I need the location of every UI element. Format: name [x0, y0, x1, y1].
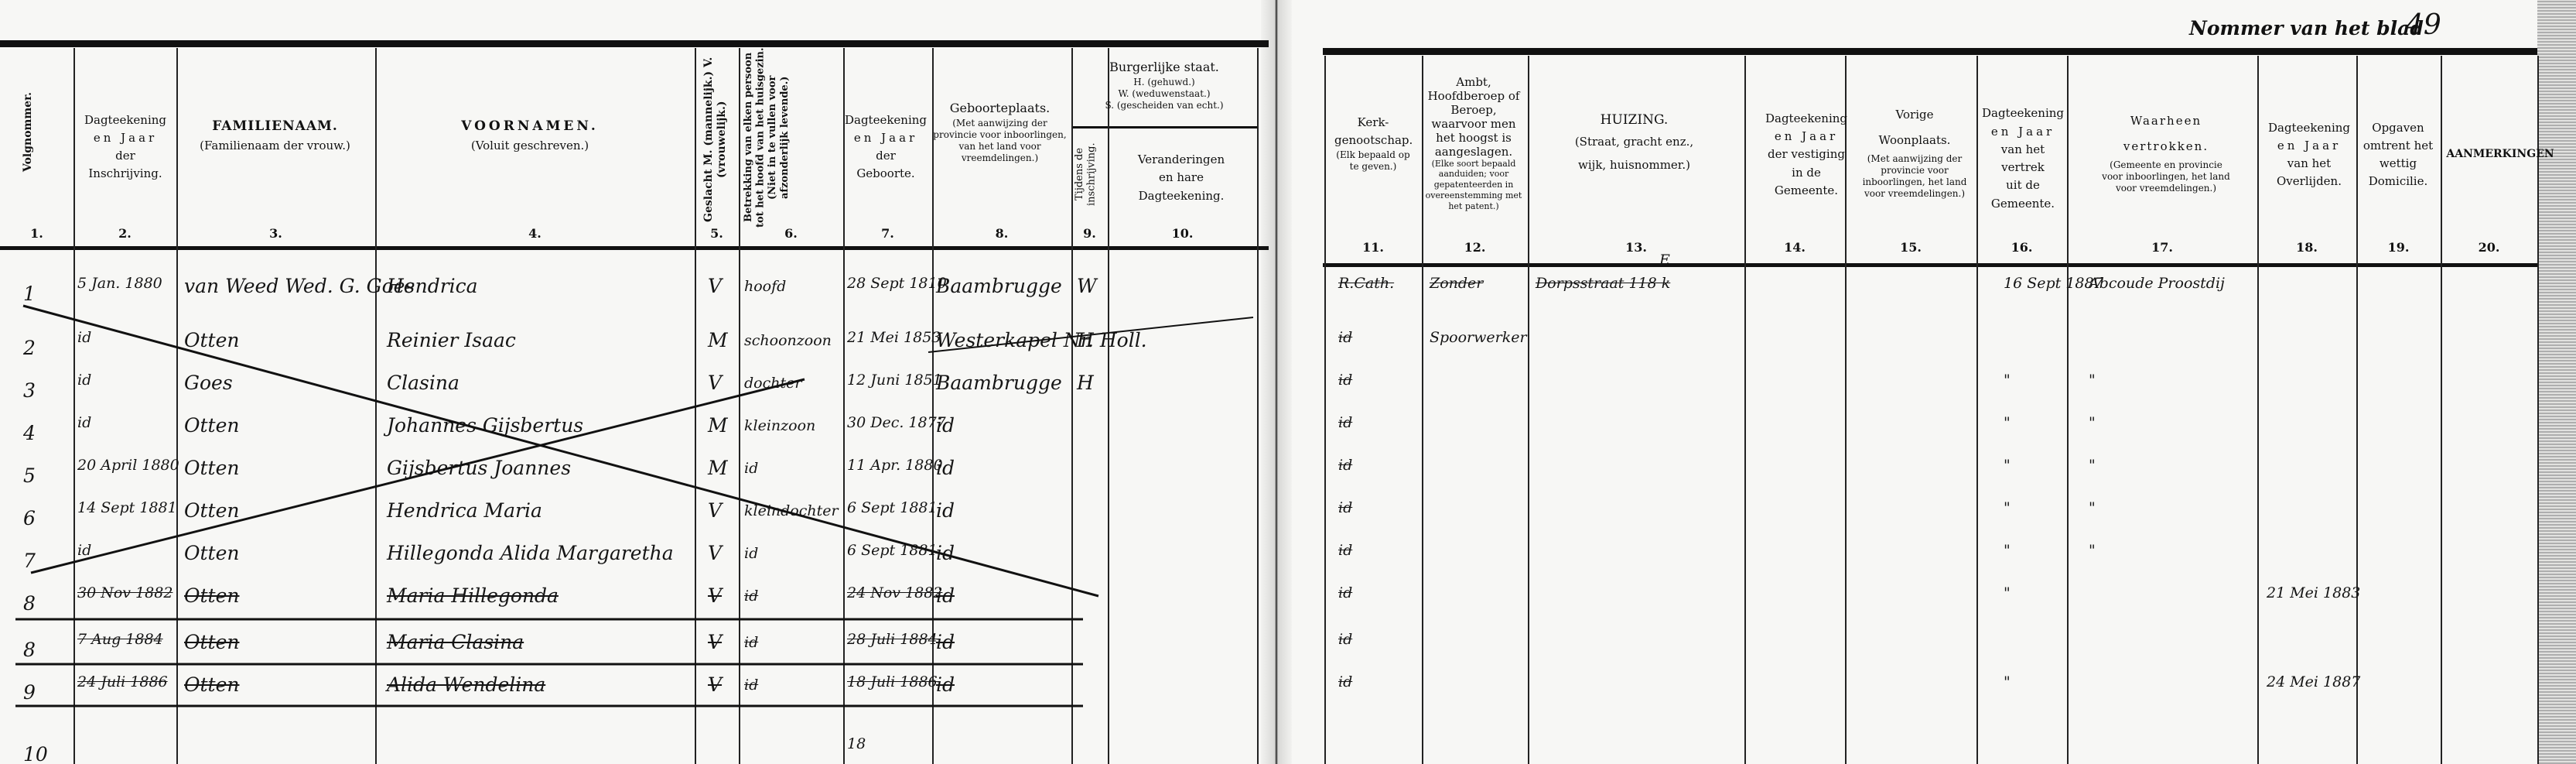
- burgerlijke-staat-rule: [1071, 126, 1257, 128]
- entry-geslacht: V: [708, 499, 722, 522]
- hdr-title: VOORNAMEN.: [461, 116, 599, 136]
- entry-geslacht: V: [708, 673, 722, 696]
- entry-familienaam: Otten: [184, 631, 239, 653]
- entry-burgerlijke-staat: H: [1077, 372, 1094, 394]
- column-number: 5.: [695, 226, 739, 241]
- entry-inschrijving-date: 5 Jan. 1880: [77, 275, 162, 292]
- entry-geboorte-date: 24 Nov 1882: [847, 584, 942, 601]
- column-number: 13.: [1528, 240, 1744, 255]
- entry-waarheen: ": [2089, 414, 2096, 431]
- hdr-line: Overlijden.: [2277, 173, 2342, 190]
- entry-number: 8: [23, 639, 36, 661]
- column-number: 9.: [1071, 226, 1108, 241]
- column-number: 11.: [1324, 240, 1422, 255]
- entry-kerkgenootschap: id: [1338, 542, 1352, 559]
- entry-geboorteplaats: id: [936, 499, 955, 522]
- entry-number: 3: [23, 379, 36, 402]
- entry-voornamen: Johannes Gijsbertus: [387, 414, 583, 437]
- hdr-line: Dagteekening: [845, 111, 927, 129]
- entry-overlijden-date: 21 Mei 1883: [2267, 584, 2360, 601]
- entry-familienaam: Otten: [184, 414, 239, 437]
- entry-geboorteplaats: id: [936, 673, 955, 696]
- entry-vertrek-date: ": [2004, 584, 2011, 601]
- entry-geslacht: V: [708, 275, 722, 297]
- entry-geboorte-date: 21 Mei 1853: [847, 329, 941, 346]
- left-header-rule: [0, 246, 1269, 250]
- hdr-sub: (Gemeente en provincie voor inboorlingen…: [2100, 159, 2232, 194]
- entry-geslacht: M: [708, 414, 728, 437]
- column-number: 6.: [739, 226, 843, 241]
- column-number: 3.: [176, 226, 375, 241]
- entry-kerkgenootschap: id: [1338, 372, 1352, 389]
- column-number: 14.: [1744, 240, 1845, 255]
- hdr-sub: (Niet in te vullen voor afzonderlijk lev…: [767, 75, 791, 199]
- entry-voornamen: Clasina: [387, 372, 460, 394]
- hdr-line: Veranderingen: [1138, 151, 1225, 169]
- hdr-sub: (Elk bepaald op te geven.): [1334, 149, 1412, 173]
- entry-number: 6: [23, 507, 36, 529]
- entry-geboorteplaats: id: [936, 457, 955, 479]
- entry-kerkgenootschap: id: [1338, 329, 1352, 346]
- entry-betrekking: id: [744, 545, 758, 562]
- hdr-line: en Jaar: [854, 129, 917, 147]
- entry-beroep: Spoorwerker: [1430, 329, 1527, 346]
- header-tijdens-inschrijving: Tijdens de inschrijving.: [1074, 132, 1105, 217]
- entry-voornamen: Alida Wendelina: [387, 673, 545, 696]
- hdr-sub: (Straat, gracht enz., wijk, huisnommer.): [1569, 130, 1700, 176]
- column-number: 19.: [2356, 240, 2441, 255]
- entry-kerkgenootschap: id: [1338, 631, 1352, 648]
- entry-beroep: Zonder: [1430, 275, 1483, 292]
- entry-familienaam: van Weed Wed. G. Goes: [184, 275, 415, 297]
- entry-geslacht: V: [708, 584, 722, 607]
- hdr-line: en hare: [1159, 169, 1204, 187]
- column-number: 20.: [2441, 240, 2537, 255]
- entry-geboorte-date: 28 Juli 1884: [847, 631, 938, 648]
- entry-geslacht: M: [708, 329, 728, 351]
- right-top-rule: [1323, 48, 2537, 55]
- entry-inschrijving-date: 14 Sept 1881: [77, 499, 177, 516]
- header-familienaam: FAMILIENAAM. (Familienaam der vrouw.): [176, 93, 374, 178]
- entry-kerkgenootschap: id: [1338, 499, 1352, 516]
- entry-familienaam: Otten: [184, 584, 239, 607]
- entry-betrekking: id: [744, 460, 758, 477]
- entry-inschrijving-date: 24 Juli 1886: [77, 673, 168, 690]
- hdr-line: Dagteekening: [1765, 110, 1847, 128]
- hdr-line: van het: [2287, 155, 2331, 173]
- hdr-sub: (Familienaam der vrouw.): [200, 137, 350, 155]
- header-kerkgenootschap: Kerk-genootschap. (Elk bepaald op te gev…: [1327, 77, 1420, 209]
- right-header-rule: [1323, 263, 2537, 267]
- entry-geboorte-date: 6 Sept 1881: [847, 542, 938, 559]
- entry-geboorteplaats: id: [936, 414, 955, 437]
- entry-huizing: Dorpsstraat 118 k: [1536, 275, 1670, 292]
- entry-geboorte-date: 12 Juni 1851: [847, 372, 942, 389]
- header-betrekking: Betrekking van elken persoon tot het hoo…: [743, 46, 805, 228]
- column-number: 15.: [1845, 240, 1976, 255]
- column-divider: [1257, 48, 1259, 764]
- hdr-title: Geslacht: [702, 169, 715, 221]
- entry-vertrek-date: ": [2004, 457, 2011, 474]
- entry-number: 10: [23, 743, 48, 764]
- entry-vertrek-date: ": [2004, 372, 2011, 389]
- entry-geboorte-date: 30 Dec. 1877: [847, 414, 946, 431]
- entry-voornamen: Maria Hillegonda: [387, 584, 559, 607]
- hdr-title: Vorige Woonplaats.: [1876, 102, 1953, 153]
- entry-voornamen: Gijsbertus Joannes: [387, 457, 571, 479]
- entry-voornamen: Hendrica Maria: [387, 499, 542, 522]
- entry-inschrijving-date: id: [77, 372, 91, 389]
- header-dagteekening-geboorte: Dagteekening en Jaar der Geboorte.: [843, 54, 928, 240]
- header-aanmerkingen: AANMERKINGEN: [2442, 139, 2558, 170]
- entry-kerkgenootschap: id: [1338, 673, 1352, 690]
- hdr-line: uit de: [2006, 176, 2040, 194]
- header-beroep: Ambt, Hoofdberoep of Beroep, waarvoor me…: [1423, 62, 1524, 224]
- entry-familienaam: Otten: [184, 499, 239, 522]
- entry-burgerlijke-staat: H: [1077, 329, 1094, 351]
- hdr-line: en Jaar: [94, 129, 157, 147]
- hdr-group: Burgerlijke staat.: [1109, 58, 1219, 77]
- entry-inschrijving-date: id: [77, 414, 91, 431]
- entry-familienaam: Otten: [184, 542, 239, 564]
- sheet-number-label: Nommer van het blad: [2189, 17, 2424, 39]
- hdr-title: Waarheen vertrokken.: [2116, 108, 2216, 159]
- entry-kerkgenootschap: R.Cath.: [1338, 275, 1394, 292]
- hdr-line: in de: [1792, 164, 1821, 182]
- header-geboorteplaats: Geboorteplaats. (Met aanwijzing der prov…: [932, 74, 1068, 190]
- hdr-line: Dagteekening: [1982, 104, 2064, 122]
- entry-familienaam: Otten: [184, 457, 239, 479]
- entry-geboorteplaats: Westerkapel Nr. Holl.: [936, 329, 1147, 351]
- entry-betrekking: id: [744, 677, 758, 694]
- column-divider: [1071, 48, 1073, 764]
- entry-geboorteplaats: id: [936, 542, 955, 564]
- book-gutter: [1261, 0, 1292, 764]
- sheet-number: 49: [2406, 9, 2441, 41]
- column-divider: [1744, 56, 1746, 764]
- column-divider: [2356, 56, 2358, 764]
- entry-overlijden-date: 24 Mei 1887: [2267, 673, 2360, 690]
- hdr-line: Gemeente.: [1775, 182, 1838, 200]
- header-overlijden: Dagteekening en Jaar van het Overlijden.: [2263, 77, 2356, 232]
- hdr-line: van het vertrek: [1980, 141, 2065, 177]
- entry-familienaam: Otten: [184, 673, 239, 696]
- entry-betrekking: hoofd: [744, 278, 786, 295]
- entry-betrekking: schoonzoon: [744, 332, 832, 349]
- hdr-sub: M. (mannelijk.) V. (vrouwelijk.): [702, 57, 728, 177]
- column-number: 17.: [2067, 240, 2257, 255]
- column-number: 18.: [2257, 240, 2356, 255]
- entry-waarheen: ": [2089, 372, 2096, 389]
- entry-vertrek-date: ": [2004, 414, 2011, 431]
- hdr-line: en Jaar: [1775, 128, 1838, 146]
- column-number: 12.: [1422, 240, 1528, 255]
- header-voornamen: VOORNAMEN. (Voluit geschreven.): [375, 93, 685, 178]
- entry-vertrek-date: ": [2004, 673, 2011, 690]
- entry-geboorte-date: 18 Juli 1886: [847, 673, 938, 690]
- entry-geboorte-date: 11 Apr. 1880: [847, 457, 943, 474]
- entry-betrekking: kleinzoon: [744, 417, 815, 434]
- column-divider: [1324, 56, 1326, 764]
- hdr-sub: (Met aanwijzing der provincie voor inboo…: [1853, 153, 1976, 200]
- entry-geboorteplaats: id: [936, 631, 955, 653]
- column-number: 2.: [73, 226, 176, 241]
- hdr-line: der: [115, 147, 135, 165]
- header-vestiging: Dagteekening en Jaar der vestiging in de…: [1764, 74, 1849, 236]
- entry-number: 8: [23, 592, 36, 615]
- entry-geboorteplaats: Baambrugge: [936, 372, 1062, 394]
- entry-waarheen: ": [2089, 457, 2096, 474]
- hdr-line: Gemeente.: [1991, 195, 2055, 213]
- entry-number: 4: [23, 422, 36, 444]
- entry-number: 5: [23, 464, 36, 487]
- hdr-line: der vestiging: [1768, 146, 1845, 163]
- entry-geboorte-date: 18: [847, 735, 866, 752]
- hdr-sub: (Met aanwijzing der provincie voor inboo…: [932, 118, 1068, 164]
- hdr-title: HUIZING.: [1601, 110, 1669, 130]
- entry-number: 7: [23, 550, 36, 572]
- hdr-line: en Jaar: [2277, 137, 2341, 155]
- entry-familienaam: Goes: [184, 372, 233, 394]
- entry-huizing-mark: E: [1659, 252, 1670, 269]
- column-number: 10.: [1108, 226, 1257, 241]
- hdr-line: Dagteekening: [84, 111, 166, 129]
- hdr-title: Kerk-genootschap.: [1334, 114, 1412, 150]
- entry-geslacht: V: [708, 542, 722, 564]
- hdr-title: AANMERKINGEN: [2446, 146, 2554, 163]
- entry-waarheen: ": [2089, 542, 2096, 559]
- entry-betrekking: id: [744, 588, 758, 605]
- entry-betrekking: kleindochter: [744, 502, 839, 519]
- entry-kerkgenootschap: id: [1338, 584, 1352, 601]
- column-divider: [695, 48, 696, 764]
- header-burgerlijke-staat: Burgerlijke staat. H. (gehuwd.) W. (wedu…: [1071, 48, 1257, 122]
- column-number: 4.: [375, 226, 695, 241]
- column-divider: [739, 48, 740, 764]
- hdr-line: Geboorte.: [856, 165, 914, 183]
- entry-number: 9: [23, 681, 36, 704]
- entry-vertrek-date: ": [2004, 542, 2011, 559]
- column-divider: [1976, 56, 1978, 764]
- header-volgnommer: Volgnommer.: [22, 62, 35, 201]
- entry-number: 1: [23, 283, 36, 305]
- hdr-line: Dagteekening: [2268, 119, 2350, 137]
- hdr-line: Dagteekening.: [1139, 187, 1225, 205]
- entry-inschrijving-date: id: [77, 329, 91, 346]
- left-top-rule: [0, 40, 1269, 47]
- hdr-sub: (Voluit geschreven.): [471, 137, 589, 155]
- entry-kerkgenootschap: id: [1338, 457, 1352, 474]
- entry-inschrijving-date: id: [77, 542, 91, 559]
- header-geslacht: Geslacht M. (mannelijk.) V. (vrouwelijk.…: [702, 54, 733, 224]
- hdr-legend: H. (gehuwd.): [1133, 77, 1194, 88]
- entry-geboorte-date: 6 Sept 1881: [847, 499, 938, 516]
- hdr-line: der: [876, 147, 896, 165]
- header-waarheen: Waarheen vertrokken. (Gemeente en provin…: [2073, 77, 2259, 224]
- entry-inschrijving-date: 7 Aug 1884: [77, 631, 163, 648]
- hdr-title: Ambt, Hoofdberoep of Beroep, waarvoor me…: [1423, 75, 1524, 159]
- entry-waarheen: ": [2089, 499, 2096, 516]
- header-veranderingen: Veranderingen en hare Dagteekening.: [1108, 135, 1255, 221]
- header-huizing: HUIZING. (Straat, gracht enz., wijk, hui…: [1528, 85, 1741, 201]
- entry-voornamen: Maria Clasina: [387, 631, 524, 653]
- column-divider: [73, 48, 75, 764]
- hdr-title: FAMILIENAAM.: [212, 116, 338, 136]
- entry-betrekking: id: [744, 634, 758, 651]
- hdr-title: Betrekking van elken persoon tot het hoo…: [743, 47, 767, 228]
- entry-geboorteplaats: id: [936, 584, 955, 607]
- hdr-line: wettig: [2380, 155, 2417, 173]
- header-dagteekening-inschrijving: Dagteekening en Jaar der Inschrijving.: [76, 54, 175, 240]
- entry-geboorte-date: 28 Sept 1810: [847, 275, 947, 292]
- entry-number: 2: [23, 337, 36, 359]
- entry-betrekking: dochter: [744, 375, 801, 392]
- hdr-legend: W. (weduwenstaat.): [1118, 88, 1210, 100]
- header-domicilie: Opgaven omtrent het wettig Domicilie.: [2359, 77, 2437, 232]
- entry-geboorteplaats: Baambrugge: [936, 275, 1062, 297]
- hdr-line: Inschrijving.: [88, 165, 162, 183]
- page-edge: [2537, 0, 2576, 764]
- entry-geslacht: M: [708, 457, 728, 479]
- hdr-line: Opgaven: [2372, 119, 2424, 137]
- entry-waarheen: Abcoude Proostdij: [2089, 275, 2225, 292]
- hdr-sub: (Elke soort bepaald aanduiden; voor gepa…: [1423, 159, 1524, 212]
- entry-geslacht: V: [708, 372, 722, 394]
- entry-geslacht: V: [708, 631, 722, 653]
- column-divider: [2067, 56, 2069, 764]
- hdr-line: Domicilie.: [2369, 173, 2428, 190]
- hdr-line: omtrent het: [2363, 137, 2433, 155]
- hdr-legend: S. (gescheiden van echt.): [1105, 100, 1223, 111]
- column-number: 16.: [1976, 240, 2067, 255]
- column-number: 8.: [932, 226, 1071, 241]
- entry-voornamen: Hendrica: [387, 275, 478, 297]
- entry-vertrek-date: ": [2004, 499, 2011, 516]
- entry-burgerlijke-staat: W: [1077, 275, 1097, 297]
- entry-kerkgenootschap: id: [1338, 414, 1352, 431]
- hdr-title: Geboorteplaats.: [950, 99, 1050, 118]
- header-vorige-woonplaats: Vorige Woonplaats. (Met aanwijzing der p…: [1853, 77, 1976, 224]
- column-number: 1.: [0, 226, 73, 241]
- entry-inschrijving-date: 30 Nov 1882: [77, 584, 173, 601]
- column-number: 7.: [843, 226, 932, 241]
- header-vertrek: Dagteekening en Jaar van het vertrek uit…: [1980, 77, 2065, 240]
- entry-voornamen: Hillegonda Alida Margaretha: [387, 542, 674, 564]
- entry-familienaam: Otten: [184, 329, 239, 351]
- entry-inschrijving-date: 20 April 1880: [77, 457, 179, 474]
- entry-voornamen: Reinier Isaac: [387, 329, 516, 351]
- hdr-line: en Jaar: [1991, 123, 2055, 141]
